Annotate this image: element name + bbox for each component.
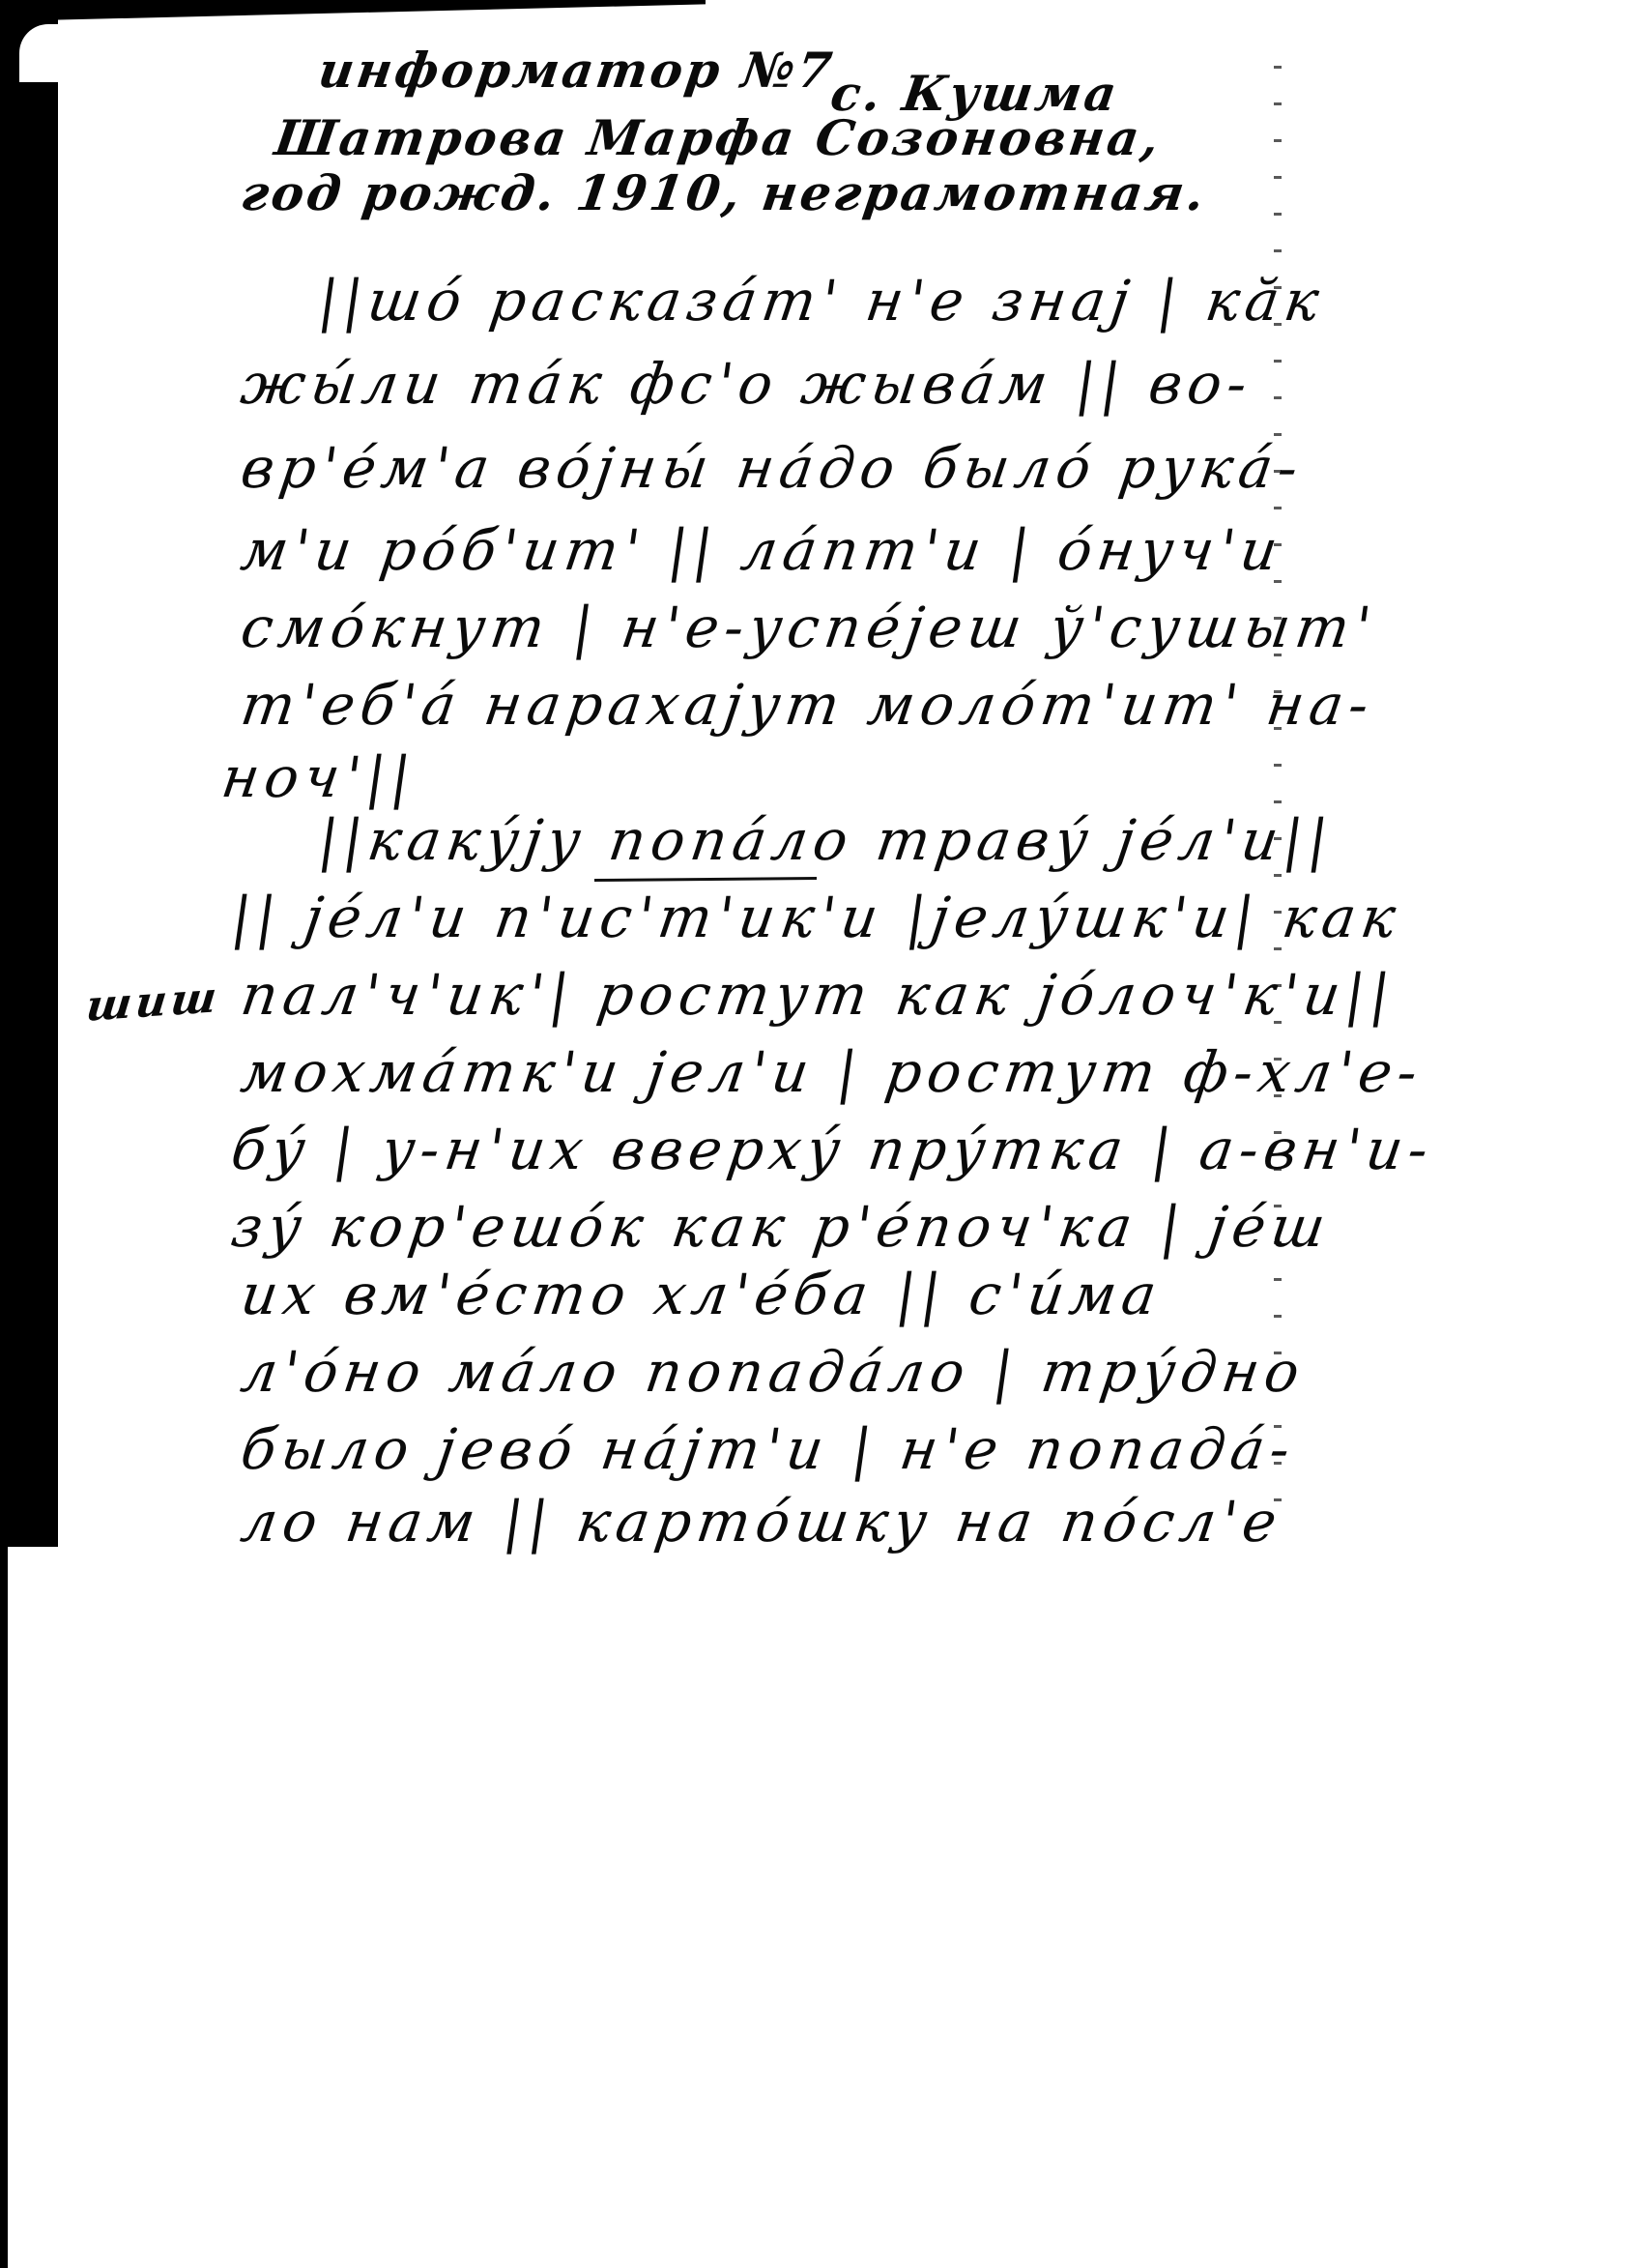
page-corner (19, 24, 63, 82)
header-informant: информатор №7 (315, 46, 837, 95)
underline-mark (594, 877, 817, 882)
para1-line-5: смо́кнут | н'е-успе́jеш ў'сушыт' (238, 599, 1380, 655)
scan-border-left-thin (0, 1547, 8, 2268)
para1-line-2: жы́ли та́к фс'о жыва́м || во- (238, 356, 1256, 412)
para1-line-1: ||шо́ расказа́т' н'е знаj | кăк (315, 273, 1328, 329)
para2-line-10: ло нам || карто́шку на по́сл'е (238, 1494, 1285, 1550)
para2-line-3: пал'ч'ик'| ростут как jо́лоч'к'и|| (238, 967, 1399, 1023)
header-name: Шатрова Марфа Созоновна, (272, 114, 1165, 162)
header-birth-info: год рожд. 1910, неграмотная. (238, 169, 1209, 218)
para1-line-4: м'и ро́б'ит' || ла́пт'и | о́нуч'и (238, 522, 1286, 578)
scan-border-top (0, 0, 706, 21)
para2-line-2: || jе́л'и п'ис'т'ик'и |jелу́шк'и| как (228, 889, 1405, 945)
scan-border-left (0, 0, 58, 1547)
margin-note: шиш (84, 976, 222, 1028)
para2-line-8: л'о́но ма́ло попада́ло | тру́дно (238, 1344, 1309, 1400)
para2-line-5: бу́ | у-н'их вверху́ пру́тка | а-вн'и- (228, 1121, 1437, 1178)
para2-line-9: было jево́ на́jт'и | н'е попада́- (238, 1421, 1299, 1477)
para2-line-6: зу́ кор'ешо́к как р'е́поч'ка | jе́ш (228, 1199, 1335, 1255)
para1-line-7: ноч'|| (218, 749, 419, 805)
para1-line-6: т'еб'а́ нарахаjут моло́т'ит' на- (238, 677, 1378, 733)
para2-line-4: мохма́тк'и jел'и | ростут ф-хл'е- (238, 1044, 1427, 1100)
para2-line-1: ||каку́jу попа́ло траву́ jе́л'и|| (315, 812, 1337, 868)
para1-line-3: вр'е́м'а во́jны́ на́до было́ рука́- (238, 440, 1307, 496)
para2-line-7: их вм'е́сто хл'е́ба || с'и́ма (238, 1266, 1166, 1323)
right-margin-ticks (1274, 39, 1282, 1508)
